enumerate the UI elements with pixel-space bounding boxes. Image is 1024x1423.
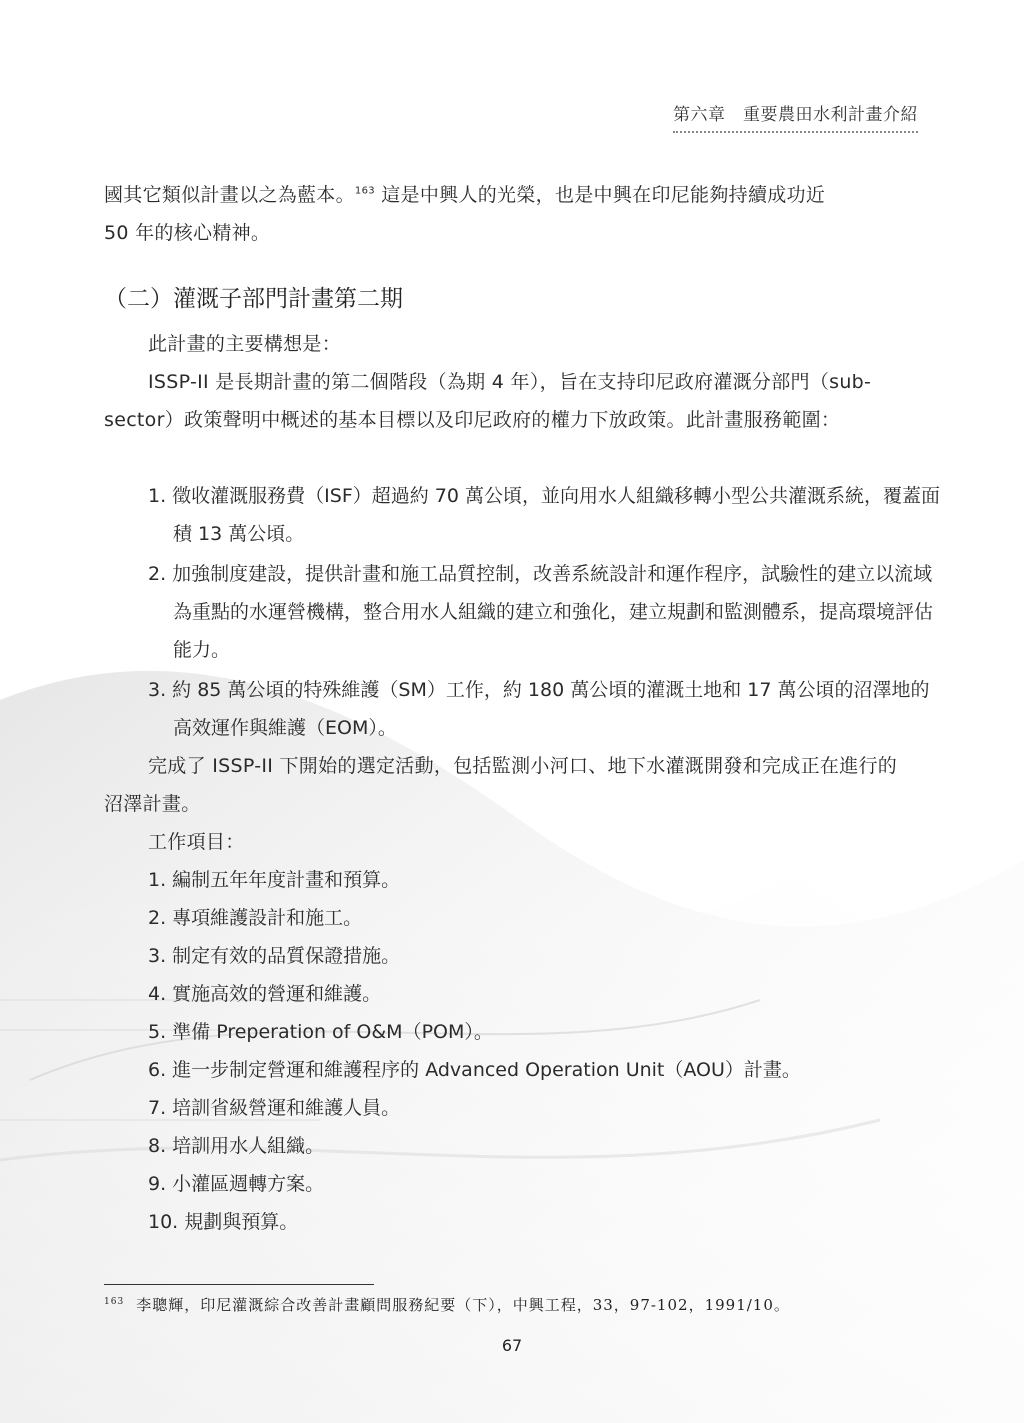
lead-text: 此計畫的主要構想是： <box>104 325 916 363</box>
footnote-divider <box>104 1284 374 1285</box>
work-item-5: 5. 準備 Preperation of O&M（POM）。 <box>148 1013 918 1051</box>
intro-text-1: 國其它類似計畫以之為藍本。 <box>104 184 355 206</box>
scope-item-1: 1. 徵收灌溉服務費（ISF）超過約 70 萬公頃，並向用水人組織移轉小型公共灌… <box>148 477 943 553</box>
work-item-2: 2. 專項維護設計和施工。 <box>148 899 918 937</box>
section-heading: （二）灌溉子部門計畫第二期 <box>104 282 403 316</box>
footnote: 163李聰輝，印尼灌溉綜合改善計畫顧問服務紀要（下），中興工程，33，97-10… <box>104 1294 790 1315</box>
scope-item-3: 3. 約 85 萬公頃的特殊維護（SM）工作，約 180 萬公頃的灌溉土地和 1… <box>148 671 943 747</box>
page-number: 67 <box>0 1336 1024 1355</box>
work-item-8: 8. 培訓用水人組織。 <box>148 1127 918 1165</box>
work-item-7: 7. 培訓省級營運和維護人員。 <box>148 1089 918 1127</box>
footnote-reference[interactable]: 163 <box>355 186 375 197</box>
intro-paragraph: 國其它類似計畫以之為藍本。163 這是中興人的光榮，也是中興在印尼能夠持續成功近… <box>104 176 916 252</box>
work-item-9: 9. 小灌區週轉方案。 <box>148 1165 918 1203</box>
work-item-3: 3. 制定有效的品質保證措施。 <box>148 937 918 975</box>
paragraph-2: 完成了 ISSP-II 下開始的選定活動，包括監測小河口、地下水灌溉開發和完成正… <box>104 747 916 823</box>
footnote-number: 163 <box>104 1297 124 1307</box>
intro-text-2: 這是中興人的光榮，也是中興在印尼能夠持續成功近 <box>375 184 825 206</box>
intro-text-3: 50 年的核心精神。 <box>104 222 270 244</box>
document-page: 第六章 重要農田水利計畫介紹 國其它類似計畫以之為藍本。163 這是中興人的光榮… <box>0 0 1024 1423</box>
scope-item-2: 2. 加強制度建設，提供計畫和施工品質控制，改善系統設計和運作程序，試驗性的建立… <box>148 555 943 669</box>
footnote-text: 李聰輝，印尼灌溉綜合改善計畫顧問服務紀要（下），中興工程，33，97-102，1… <box>136 1296 790 1314</box>
running-header: 第六章 重要農田水利計畫介紹 <box>673 100 918 133</box>
work-item-6: 6. 進一步制定營運和維護程序的 Advanced Operation Unit… <box>148 1051 918 1089</box>
work-items-label: 工作項目： <box>104 823 916 861</box>
paragraph-1: ISSP-II 是長期計畫的第二個階段（為期 4 年），旨在支持印尼政府灌溉分部… <box>104 363 916 439</box>
work-item-4: 4. 實施高效的營運和維護。 <box>148 975 918 1013</box>
work-item-1: 1. 編制五年年度計畫和預算。 <box>148 861 918 899</box>
work-item-10: 10. 規劃與預算。 <box>148 1203 918 1241</box>
